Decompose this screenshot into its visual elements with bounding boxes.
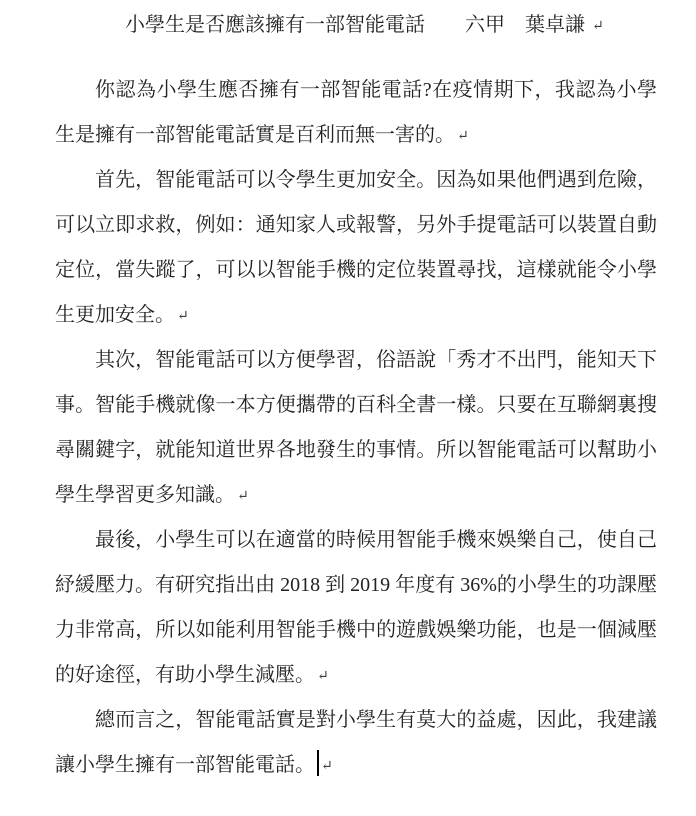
line-text: 定位，當失蹤了，可以以智能手機的定位裝置尋找，這樣就能令小學 xyxy=(55,259,657,281)
line-text: 首先，智能電話可以令學生更加安全。因為如果他們遇到危險， xyxy=(95,169,657,191)
line-text: 你認為小學生應否擁有一部智能電話?在疫情期下，我認為小學 xyxy=(95,79,657,101)
line-text: 總而言之，智能電話實是對小學生有莫大的益處，因此，我建議 xyxy=(95,709,657,731)
line-text: 生更加安全。 xyxy=(55,304,175,326)
text-line[interactable]: 的好途徑，有助小學生減壓。↵ xyxy=(55,653,657,698)
paragraph-mark-icon: ↵ xyxy=(177,309,189,324)
text-line[interactable]: 首先，智能電話可以令學生更加安全。因為如果他們遇到危險， xyxy=(55,158,657,203)
author-name: 六甲 葉卓謙 xyxy=(465,14,585,36)
text-paragraph[interactable]: 總而言之，智能電話實是對小學生有莫大的益處，因此，我建議讓小學生擁有一部智能電話… xyxy=(55,698,657,788)
paragraph-mark-icon: ↵ xyxy=(592,19,604,34)
text-line[interactable]: 定位，當失蹤了，可以以智能手機的定位裝置尋找，這樣就能令小學 xyxy=(55,248,657,293)
text-paragraph[interactable]: 你認為小學生應否擁有一部智能電話?在疫情期下，我認為小學生是擁有一部智能電話實是… xyxy=(55,68,657,158)
text-line[interactable]: 力非常高，所以如能利用智能手機中的遊戲娛樂功能，也是一個減壓 xyxy=(55,608,657,653)
text-line[interactable]: 紓緩壓力。有研究指出由 2018 到 2019 年度有 36%的小學生的功課壓 xyxy=(55,563,657,608)
text-line[interactable]: 生是擁有一部智能電話實是百利而無一害的。↵ xyxy=(55,113,657,158)
line-text: 事。智能手機就像一本方便攜帶的百科全書一樣。只要在互聯網裏搜 xyxy=(55,394,657,416)
text-line[interactable]: 事。智能手機就像一本方便攜帶的百科全書一樣。只要在互聯網裏搜 xyxy=(55,383,657,428)
text-line[interactable]: 最後，小學生可以在適當的時候用智能手機來娛樂自己，使自己 xyxy=(55,518,657,563)
paragraph-mark-icon: ↵ xyxy=(457,129,469,144)
document-body[interactable]: 你認為小學生應否擁有一部智能電話?在疫情期下，我認為小學生是擁有一部智能電話實是… xyxy=(55,68,657,788)
line-text: 力非常高，所以如能利用智能手機中的遊戲娛樂功能，也是一個減壓 xyxy=(55,619,657,641)
document-page[interactable]: 小學生是否應該擁有一部智能電話 六甲 葉卓謙 ↵ 你認為小學生應否擁有一部智能電… xyxy=(0,0,696,816)
text-line[interactable]: 讓小學生擁有一部智能電話。↵ xyxy=(55,743,657,788)
line-text: 其次，智能電話可以方便學習，俗語說「秀才不出門，能知天下 xyxy=(95,349,657,371)
text-line[interactable]: 你認為小學生應否擁有一部智能電話?在疫情期下，我認為小學 xyxy=(55,68,657,113)
line-text: 最後，小學生可以在適當的時候用智能手機來娛樂自己，使自己 xyxy=(95,529,657,551)
text-paragraph[interactable]: 最後，小學生可以在適當的時候用智能手機來娛樂自己，使自己紓緩壓力。有研究指出由 … xyxy=(55,518,657,698)
line-text: 可以立即求救，例如：通知家人或報警，另外手提電話可以裝置自動 xyxy=(55,214,657,236)
line-text: 生是擁有一部智能電話實是百利而無一害的。 xyxy=(55,124,455,146)
text-paragraph[interactable]: 其次，智能電話可以方便學習，俗語說「秀才不出門，能知天下事。智能手機就像一本方便… xyxy=(55,338,657,518)
title-line[interactable]: 小學生是否應該擁有一部智能電話 六甲 葉卓謙 ↵ xyxy=(55,3,696,48)
paragraph-mark-icon: ↵ xyxy=(237,489,249,504)
line-text: 紓緩壓力。有研究指出由 2018 到 2019 年度有 36%的小學生的功課壓 xyxy=(55,574,657,596)
line-text: 尋關鍵字，就能知道世界各地發生的事情。所以智能電話可以幫助小 xyxy=(55,439,657,461)
essay-title: 小學生是否應該擁有一部智能電話 xyxy=(125,14,425,36)
text-line[interactable]: 生更加安全。↵ xyxy=(55,293,657,338)
text-caret xyxy=(317,750,319,776)
paragraph-mark-icon: ↵ xyxy=(321,759,333,774)
paragraph-mark-icon: ↵ xyxy=(317,669,329,684)
text-line[interactable]: 總而言之，智能電話實是對小學生有莫大的益處，因此，我建議 xyxy=(55,698,657,743)
text-line[interactable]: 學生學習更多知識。↵ xyxy=(55,473,657,518)
line-text: 的好途徑，有助小學生減壓。 xyxy=(55,664,315,686)
text-line[interactable]: 其次，智能電話可以方便學習，俗語說「秀才不出門，能知天下 xyxy=(55,338,657,383)
line-text: 讓小學生擁有一部智能電話。 xyxy=(55,754,315,776)
text-line[interactable]: 可以立即求救，例如：通知家人或報警，另外手提電話可以裝置自動 xyxy=(55,203,657,248)
line-text: 學生學習更多知識。 xyxy=(55,484,235,506)
text-line[interactable]: 尋關鍵字，就能知道世界各地發生的事情。所以智能電話可以幫助小 xyxy=(55,428,657,473)
text-paragraph[interactable]: 首先，智能電話可以令學生更加安全。因為如果他們遇到危險，可以立即求救，例如：通知… xyxy=(55,158,657,338)
